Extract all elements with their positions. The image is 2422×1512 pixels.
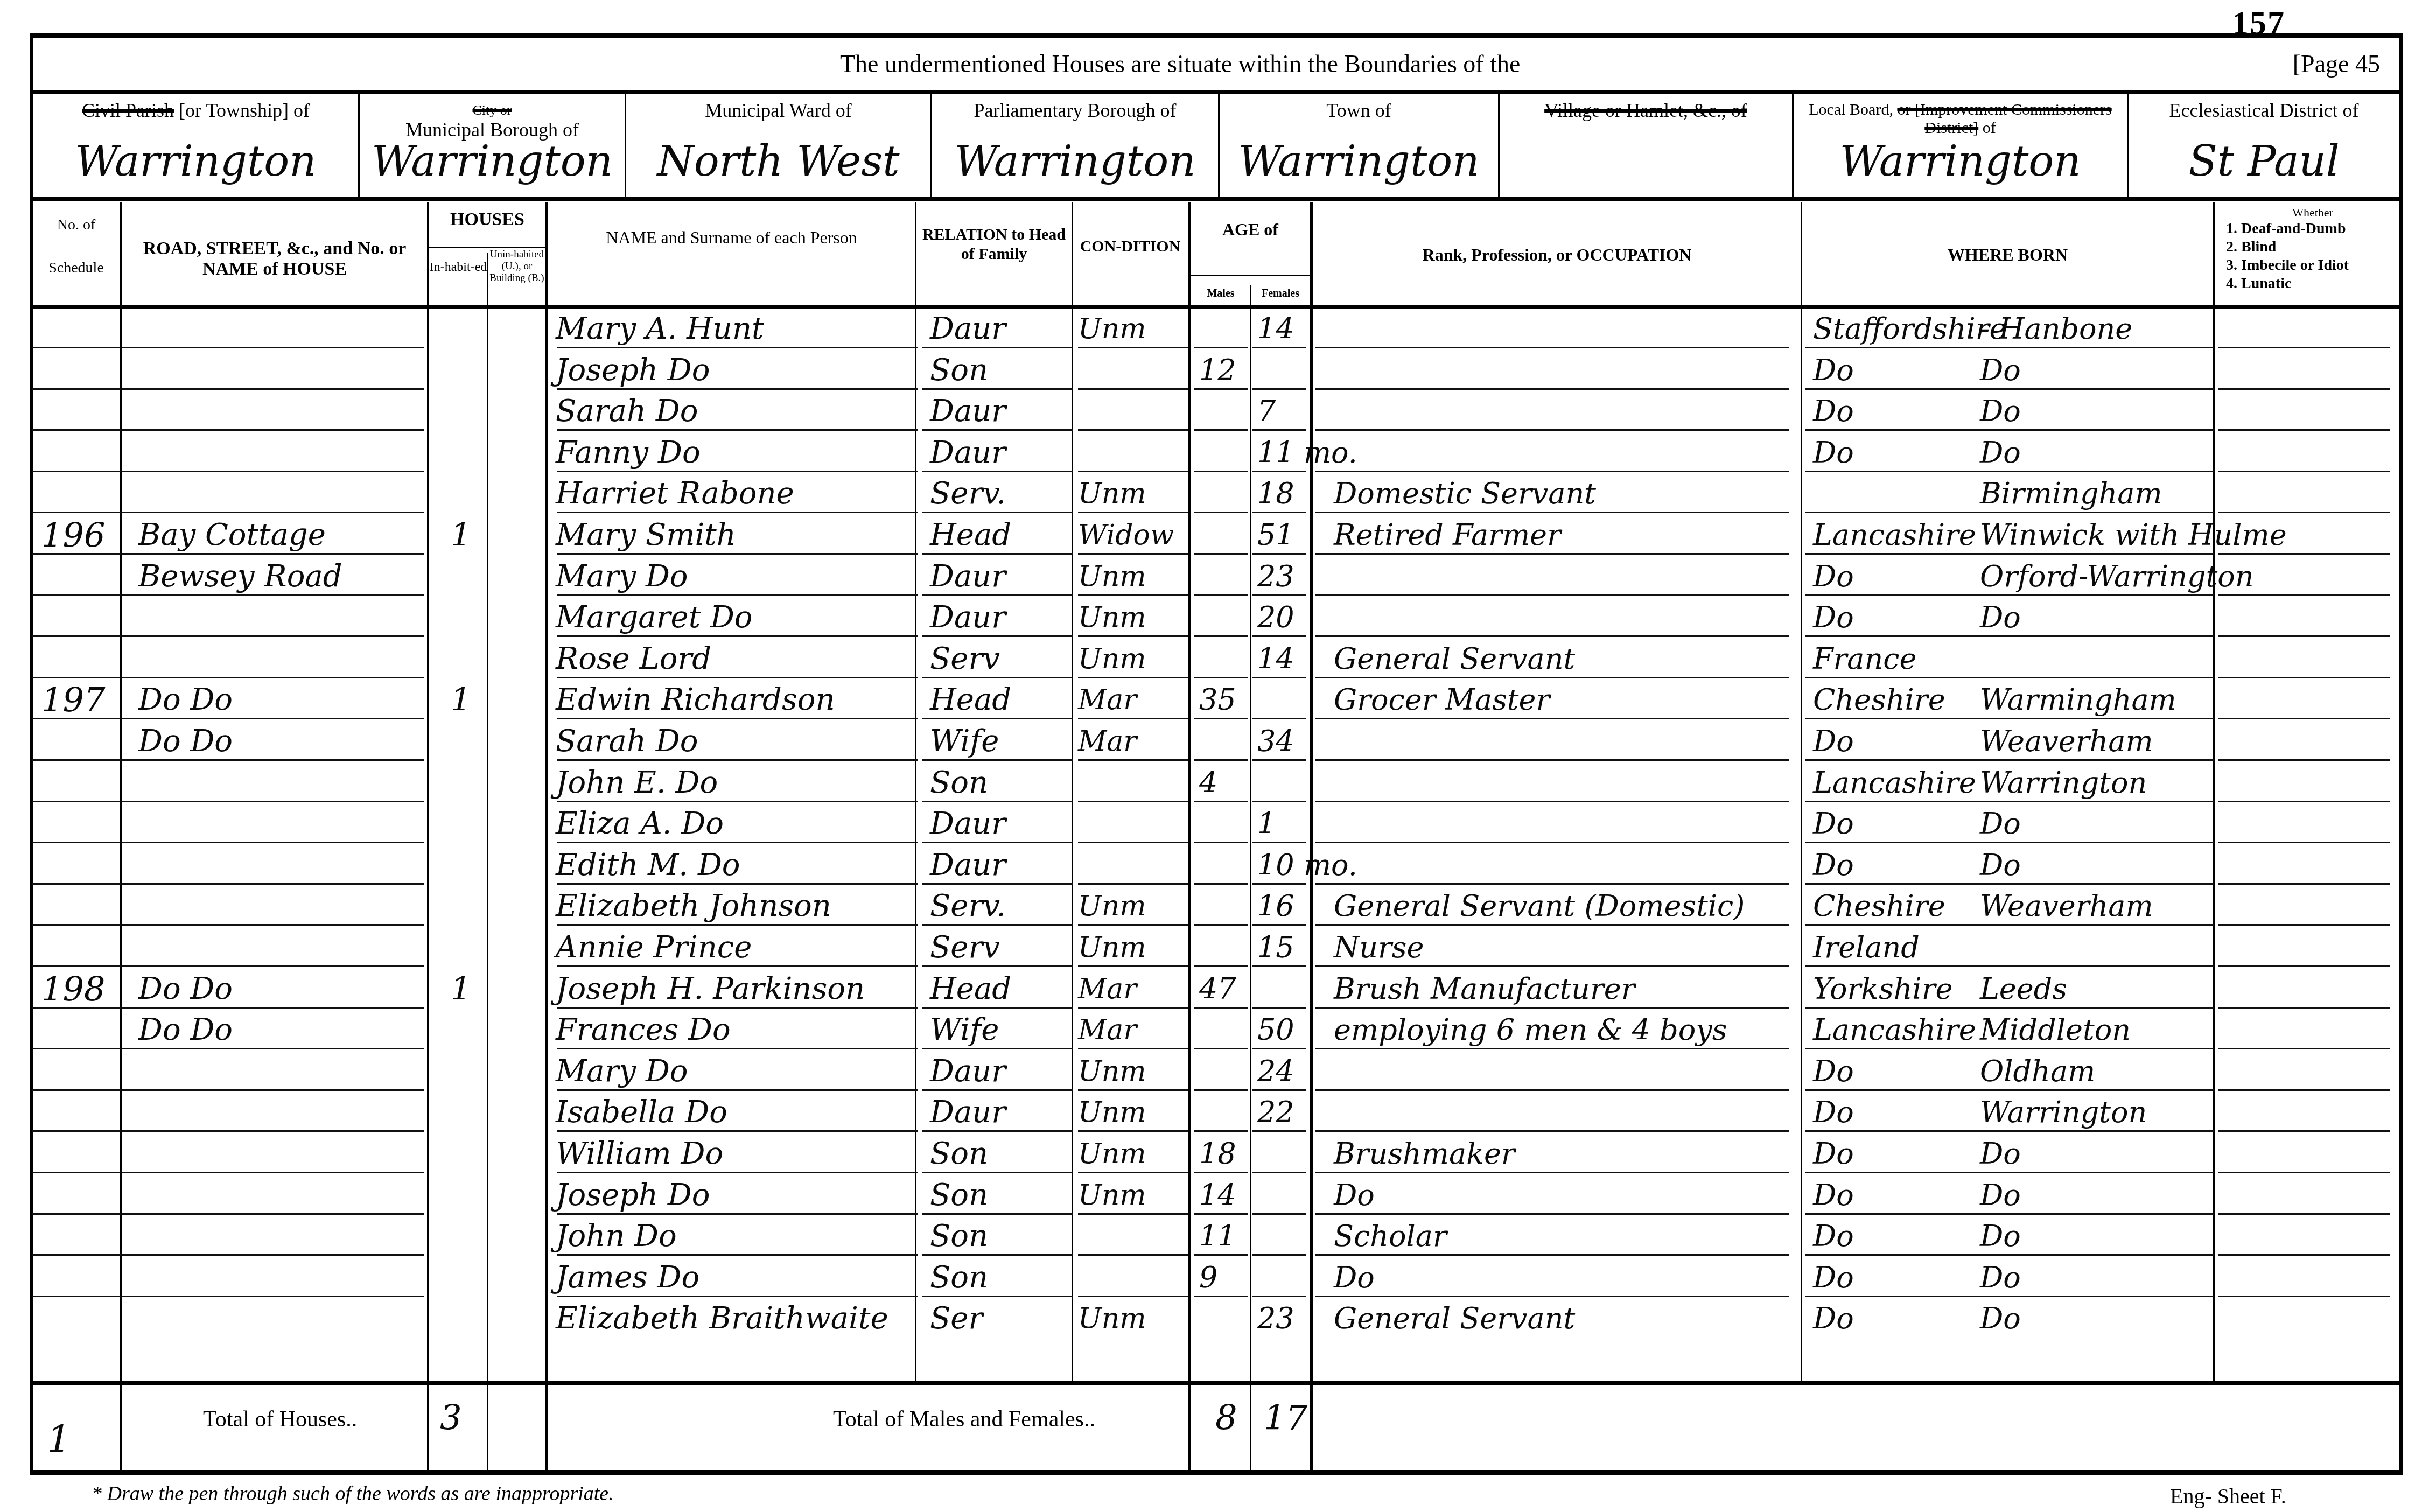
inhabited-cell: 1 <box>451 969 494 1010</box>
row-rule <box>1315 1130 1789 1132</box>
header-females: Females <box>1251 283 1310 304</box>
row-rule <box>922 553 1073 555</box>
occupation-cell: employing 6 men & 4 boys <box>1334 1010 1808 1051</box>
relation-cell: Daur <box>930 803 1081 844</box>
schedule-cell <box>41 473 122 514</box>
row-rule <box>557 1213 918 1215</box>
header-road: ROAD, STREET, &c., and No. or NAME of HO… <box>122 204 427 306</box>
title-row: The undermentioned Houses are situate wi… <box>32 50 2402 93</box>
row-rule <box>1805 1048 2214 1049</box>
row-rule <box>2218 429 2390 431</box>
inhabited-cell <box>451 1051 494 1092</box>
row-rule <box>557 471 918 472</box>
schedule-cell: 196 <box>41 515 122 556</box>
row-rule <box>1805 718 2214 719</box>
row-rule <box>1252 594 1306 596</box>
label-text: Municipal Borough of <box>360 120 625 139</box>
frame-top <box>30 33 2403 38</box>
row-rule <box>313 1130 356 1132</box>
row-rule <box>1315 1007 1789 1009</box>
row-rule <box>359 718 413 719</box>
inhabited-cell <box>451 473 494 514</box>
female-age-cell <box>1257 969 1311 1010</box>
inhabited-cell <box>451 845 494 886</box>
table-row: John E. DoSon4LancashireWarrington <box>31 762 2402 803</box>
row-rule <box>1194 759 1248 761</box>
whether-item: 1. Deaf-and-Dumb <box>2226 220 2399 238</box>
header-whether: Whether 1. Deaf-and-Dumb 2. Blind 3. Imb… <box>2215 204 2399 306</box>
female-age-cell: 23 <box>1257 1298 1311 1339</box>
name-cell: Harriet Rabone <box>556 473 927 514</box>
road-cell <box>138 391 440 432</box>
row-rule <box>557 594 918 596</box>
row-rule <box>2218 635 2390 637</box>
row-rule <box>2218 388 2390 390</box>
schedule-cell <box>41 391 122 432</box>
row-rule <box>1078 677 1188 678</box>
occupation-cell <box>1334 309 1808 349</box>
row-rule <box>1194 842 1248 843</box>
row-rule <box>1194 718 1248 719</box>
table-row: Margaret DoDaurUnm20DoDo <box>31 597 2402 638</box>
location-municipal-borough: City or Municipal Borough of Warrington <box>360 94 625 197</box>
row-rule <box>2218 1296 2390 1297</box>
row-rule <box>313 635 356 637</box>
male-age-cell: 18 <box>1199 1133 1250 1174</box>
row-rule <box>1315 347 1789 348</box>
occupation-cell: General Servant (Domestic) <box>1334 886 1808 927</box>
born-place-cell: Do <box>1980 350 2249 391</box>
row-rule <box>32 677 121 678</box>
condition-cell <box>1078 803 1186 844</box>
table-row: Do DoSarah DoWifeMar34DoWeaverham <box>31 721 2402 762</box>
occupation-cell: Brush Manufacturer <box>1334 969 1808 1010</box>
row-rule <box>1078 512 1188 513</box>
name-cell: Elizabeth Johnson <box>556 886 927 927</box>
born-place-cell: Leeds <box>1980 969 2249 1010</box>
condition-cell: Unm <box>1078 1133 1186 1174</box>
row-rule <box>2218 1130 2390 1132</box>
row-rule <box>557 1130 918 1132</box>
relation-cell: Wife <box>930 1010 1081 1051</box>
occupation-cell: General Servant <box>1334 1298 1808 1339</box>
row-rule <box>1805 1254 2214 1256</box>
inhabited-cell <box>451 639 494 680</box>
row-rule <box>32 1172 121 1173</box>
relation-cell: Daur <box>930 1092 1081 1133</box>
occupation-cell: General Servant <box>1334 639 1808 680</box>
row-rule <box>557 677 918 678</box>
row-rule <box>313 965 356 967</box>
total-houses-label: Total of Houses.. <box>203 1406 357 1432</box>
row-rule <box>1078 842 1188 843</box>
row-rule <box>313 347 356 348</box>
location-value: St Paul <box>2129 137 2399 186</box>
inhabited-cell: 1 <box>451 515 494 556</box>
row-rule <box>1078 883 1188 885</box>
row-rule <box>1805 429 2214 431</box>
row-rule <box>32 1213 121 1215</box>
relation-cell: Wife <box>930 721 1081 762</box>
row-rule <box>557 429 918 431</box>
born-place-cell: - Hanbone <box>1980 309 2249 349</box>
relation-cell: Ser <box>930 1298 1081 1339</box>
inhabited-cell <box>451 1092 494 1133</box>
row-rule <box>922 1254 1073 1256</box>
condition-cell: Unm <box>1078 473 1186 514</box>
condition-cell <box>1078 1216 1186 1257</box>
row-rule <box>1078 1172 1188 1173</box>
row-rule <box>1252 1007 1306 1009</box>
row-rule <box>922 471 1073 472</box>
row-rule <box>1078 429 1188 431</box>
row-rule <box>1315 471 1789 472</box>
row-rule <box>313 471 356 472</box>
row-rule <box>922 801 1073 802</box>
female-age-cell: 15 <box>1257 927 1311 968</box>
female-age-cell: 14 <box>1257 639 1311 680</box>
row-rule <box>1315 924 1789 926</box>
row-rule <box>1078 388 1188 390</box>
location-label: Civil Parish [or Township] of <box>33 101 358 120</box>
row-rule <box>1194 388 1248 390</box>
row-rule <box>1252 347 1306 348</box>
row-rule <box>1315 512 1789 513</box>
row-rule <box>2218 718 2390 719</box>
row-rule <box>557 512 918 513</box>
schedule-cell <box>41 597 122 638</box>
row-rule <box>359 924 413 926</box>
female-age-cell: 23 <box>1257 556 1311 597</box>
occupation-cell <box>1334 803 1808 844</box>
row-rule <box>1078 1254 1188 1256</box>
inhabited-cell <box>451 762 494 803</box>
row-rule <box>1252 1254 1306 1256</box>
born-place-cell: Weaverham <box>1980 721 2249 762</box>
name-cell: Joseph Do <box>556 350 927 391</box>
label-text: of <box>1983 119 1996 137</box>
condition-cell <box>1078 1257 1186 1298</box>
row-rule <box>359 883 413 885</box>
row-rule <box>1078 1213 1188 1215</box>
road-cell: Bay Cottage <box>138 515 440 556</box>
name-cell: Edwin Richardson <box>556 680 927 720</box>
born-place-cell: Do <box>1980 1133 2249 1174</box>
row-rule <box>1805 553 2214 555</box>
table-row: Rose LordServUnm14General ServantFrance <box>31 639 2402 680</box>
condition-cell: Unm <box>1078 886 1186 927</box>
condition-cell: Mar <box>1078 1010 1186 1051</box>
table-row: Sarah DoDaur7DoDo <box>31 391 2402 432</box>
female-age-cell <box>1257 1216 1311 1257</box>
name-cell: Eliza A. Do <box>556 803 927 844</box>
occupation-cell <box>1334 556 1808 597</box>
male-age-cell <box>1199 432 1250 473</box>
row-rule <box>1194 347 1248 348</box>
relation-cell: Son <box>930 762 1081 803</box>
occupation-cell: Brushmaker <box>1334 1133 1808 1174</box>
name-cell: Frances Do <box>556 1010 927 1051</box>
header-name-text: NAME and Surname of each Person <box>606 228 857 247</box>
row-rule <box>313 1213 356 1215</box>
location-label: Town of <box>1220 101 1498 120</box>
road-cell <box>138 639 440 680</box>
row-rule <box>1252 1048 1306 1049</box>
inhabited-cell <box>451 1257 494 1298</box>
female-age-cell <box>1257 350 1311 391</box>
row-rule <box>359 594 413 596</box>
row-rule <box>2218 512 2390 513</box>
row-rule <box>1252 801 1306 802</box>
row-rule <box>1252 965 1306 967</box>
schedule-cell <box>41 1298 122 1339</box>
female-age-cell: 24 <box>1257 1051 1311 1092</box>
born-place-cell <box>1980 927 2249 968</box>
row-rule <box>313 429 356 431</box>
row-rule <box>313 759 356 761</box>
row-rule <box>922 965 1073 967</box>
schedule-cell: 198 <box>41 969 122 1010</box>
header-condition: CON-DITION <box>1073 204 1188 306</box>
male-age-cell: 35 <box>1199 680 1250 720</box>
row-rule <box>922 594 1073 596</box>
row-rule <box>1805 635 2214 637</box>
relation-cell: Son <box>930 1257 1081 1298</box>
condition-cell: Unm <box>1078 597 1186 638</box>
row-rule <box>313 718 356 719</box>
row-rule <box>1194 924 1248 926</box>
inhabited-cell <box>451 721 494 762</box>
row-rule <box>2218 842 2390 843</box>
row-rule <box>1194 1130 1248 1132</box>
male-age-cell <box>1199 309 1250 349</box>
whether-item: 3. Imbecile or Idiot <box>2226 256 2399 275</box>
location-value: Warrington <box>932 137 1218 186</box>
condition-cell: Mar <box>1078 680 1186 720</box>
born-place-cell: Middleton <box>1980 1010 2249 1051</box>
name-cell: Fanny Do <box>556 432 927 473</box>
born-place-cell: Do <box>1980 597 2249 638</box>
row-rule <box>359 677 413 678</box>
row-rule <box>1252 471 1306 472</box>
row-rule <box>1194 1089 1248 1091</box>
row-rule <box>32 1048 121 1049</box>
whether-item: 2. Blind <box>2226 238 2399 256</box>
relation-cell: Daur <box>930 1051 1081 1092</box>
row-rule <box>313 801 356 802</box>
row-rule <box>1315 388 1789 390</box>
name-cell: Elizabeth Braithwaite <box>556 1298 927 1339</box>
inhabited-cell: 1 <box>451 680 494 720</box>
row-rule <box>1315 1213 1789 1215</box>
road-cell <box>138 845 440 886</box>
road-cell <box>138 886 440 927</box>
inhabited-cell <box>451 1216 494 1257</box>
occupation-cell <box>1334 432 1808 473</box>
male-age-cell <box>1199 803 1250 844</box>
born-place-cell: Do <box>1980 845 2249 886</box>
schedule-cell <box>41 1092 122 1133</box>
total-females-value: 17 <box>1264 1398 1307 1438</box>
location-label: Parliamentary Borough of <box>932 101 1218 120</box>
whether-item: 4. Lunatic <box>2226 275 2399 293</box>
schedule-cell: 197 <box>41 680 122 720</box>
row-rule <box>1078 801 1188 802</box>
row-rule <box>557 1089 918 1091</box>
name-cell: Sarah Do <box>556 721 927 762</box>
row-rule <box>313 677 356 678</box>
born-place-cell: Do <box>1980 391 2249 432</box>
row-rule <box>1252 1213 1306 1215</box>
location-value: North West <box>626 137 930 186</box>
header-houses: HOUSES <box>429 204 545 248</box>
male-age-cell <box>1199 515 1250 556</box>
condition-cell: Mar <box>1078 721 1186 762</box>
road-cell <box>138 927 440 968</box>
row-rule <box>1194 429 1248 431</box>
relation-cell: Son <box>930 1216 1081 1257</box>
row-rule <box>1805 594 2214 596</box>
name-cell: Edith M. Do <box>556 845 927 886</box>
struck-text: Civil Parish <box>82 100 174 121</box>
row-rule <box>1252 759 1306 761</box>
row-rule <box>313 924 356 926</box>
location-label: Local Board, or [Improvement Commissione… <box>1794 101 2127 137</box>
row-rule <box>1194 512 1248 513</box>
row-rule <box>1252 429 1306 431</box>
row-rule <box>557 1254 918 1256</box>
row-rule <box>557 388 918 390</box>
row-rule <box>1315 965 1789 967</box>
relation-cell: Daur <box>930 432 1081 473</box>
table-row: Elizabeth JohnsonServ.Unm16General Serva… <box>31 886 2402 927</box>
header-relation: RELATION to Head of Family <box>916 204 1072 306</box>
condition-cell: Unm <box>1078 1175 1186 1216</box>
header-where-born: WHERE BORN <box>1802 204 2213 306</box>
occupation-cell: Do <box>1334 1175 1808 1216</box>
total-houses-value: 3 <box>440 1398 462 1438</box>
row-rule <box>1078 347 1188 348</box>
male-age-cell <box>1199 721 1250 762</box>
row-rule <box>1315 759 1789 761</box>
condition-cell: Widow <box>1078 515 1186 556</box>
inhabited-cell <box>451 309 494 349</box>
row-rule <box>359 842 413 843</box>
row-rule <box>359 1254 413 1256</box>
occupation-cell: Retired Farmer <box>1334 515 1808 556</box>
road-cell <box>138 1298 440 1339</box>
table-row: Isabella DoDaurUnm22DoWarrington <box>31 1092 2402 1133</box>
row-rule <box>1078 635 1188 637</box>
relation-cell: Daur <box>930 309 1081 349</box>
name-cell: Mary Do <box>556 556 927 597</box>
table-row: Fanny DoDaur11 mo.DoDo <box>31 432 2402 473</box>
male-age-cell: 12 <box>1199 350 1250 391</box>
row-rule <box>1078 759 1188 761</box>
condition-cell <box>1078 762 1186 803</box>
male-age-cell: 4 <box>1199 762 1250 803</box>
row-rule <box>1194 677 1248 678</box>
row-rule <box>2218 1007 2390 1009</box>
sheet-code: Eng- Sheet F. <box>2170 1483 2286 1509</box>
schedule-cell <box>41 1257 122 1298</box>
table-row: Harriet RaboneServ.Unm18Domestic Servant… <box>31 473 2402 514</box>
road-cell <box>138 1092 440 1133</box>
row-rule <box>1078 1130 1188 1132</box>
row-rule <box>922 677 1073 678</box>
table-row: 198Do Do1Joseph H. ParkinsonHeadMar47Bru… <box>31 969 2402 1010</box>
row-rule <box>1315 801 1789 802</box>
location-value: Warrington <box>360 137 625 186</box>
relation-cell: Serv. <box>930 473 1081 514</box>
location-label: City or Municipal Borough of <box>360 101 625 139</box>
relation-cell: Serv <box>930 639 1081 680</box>
row-rule <box>359 1007 413 1009</box>
occupation-cell: Grocer Master <box>1334 680 1808 720</box>
row-rule <box>922 1130 1073 1132</box>
schedule-cell <box>41 309 122 349</box>
row-rule <box>922 1089 1073 1091</box>
row-rule <box>1315 429 1789 431</box>
row-rule <box>359 471 413 472</box>
row-rule <box>32 635 121 637</box>
male-age-cell <box>1199 927 1250 968</box>
location-ecclesiastical-district: Ecclesiastical District of St Paul <box>2129 94 2399 197</box>
name-cell: Mary A. Hunt <box>556 309 927 349</box>
occupation-cell <box>1334 597 1808 638</box>
location-label: Municipal Ward of <box>626 101 930 120</box>
row-rule <box>359 1089 413 1091</box>
inhabited-cell <box>451 1010 494 1051</box>
location-village: Village or Hamlet, &c., of <box>1500 94 1792 197</box>
road-cell <box>138 1051 440 1092</box>
row-rule <box>313 842 356 843</box>
row-rule <box>313 1089 356 1091</box>
row-rule <box>1194 883 1248 885</box>
row-rule <box>2218 1254 2390 1256</box>
row-rule <box>557 924 918 926</box>
born-place-cell: Warmingham <box>1980 680 2249 720</box>
female-age-cell: 11 mo. <box>1257 432 1311 473</box>
male-age-cell <box>1199 886 1250 927</box>
row-rule <box>1078 594 1188 596</box>
row-rule <box>359 1130 413 1132</box>
condition-cell <box>1078 350 1186 391</box>
header-schedule: No. of Schedule <box>32 204 120 306</box>
row-rule <box>32 924 121 926</box>
schedule-cell <box>41 762 122 803</box>
row-rule <box>1315 1296 1789 1297</box>
road-cell <box>138 432 440 473</box>
row-rule <box>1252 924 1306 926</box>
inhabited-cell <box>451 556 494 597</box>
row-rule <box>557 801 918 802</box>
row-rule <box>1078 1089 1188 1091</box>
relation-cell: Daur <box>930 391 1081 432</box>
row-rule <box>1194 594 1248 596</box>
row-rule <box>557 347 918 348</box>
female-age-cell: 20 <box>1257 597 1311 638</box>
row-rule <box>2218 883 2390 885</box>
road-cell: Do Do <box>138 1010 440 1051</box>
row-rule <box>1805 471 2214 472</box>
row-rule <box>1805 1007 2214 1009</box>
row-rule <box>1315 1172 1789 1173</box>
road-cell <box>138 762 440 803</box>
male-age-cell <box>1199 556 1250 597</box>
row-rule <box>32 842 121 843</box>
row-rule <box>1315 842 1789 843</box>
